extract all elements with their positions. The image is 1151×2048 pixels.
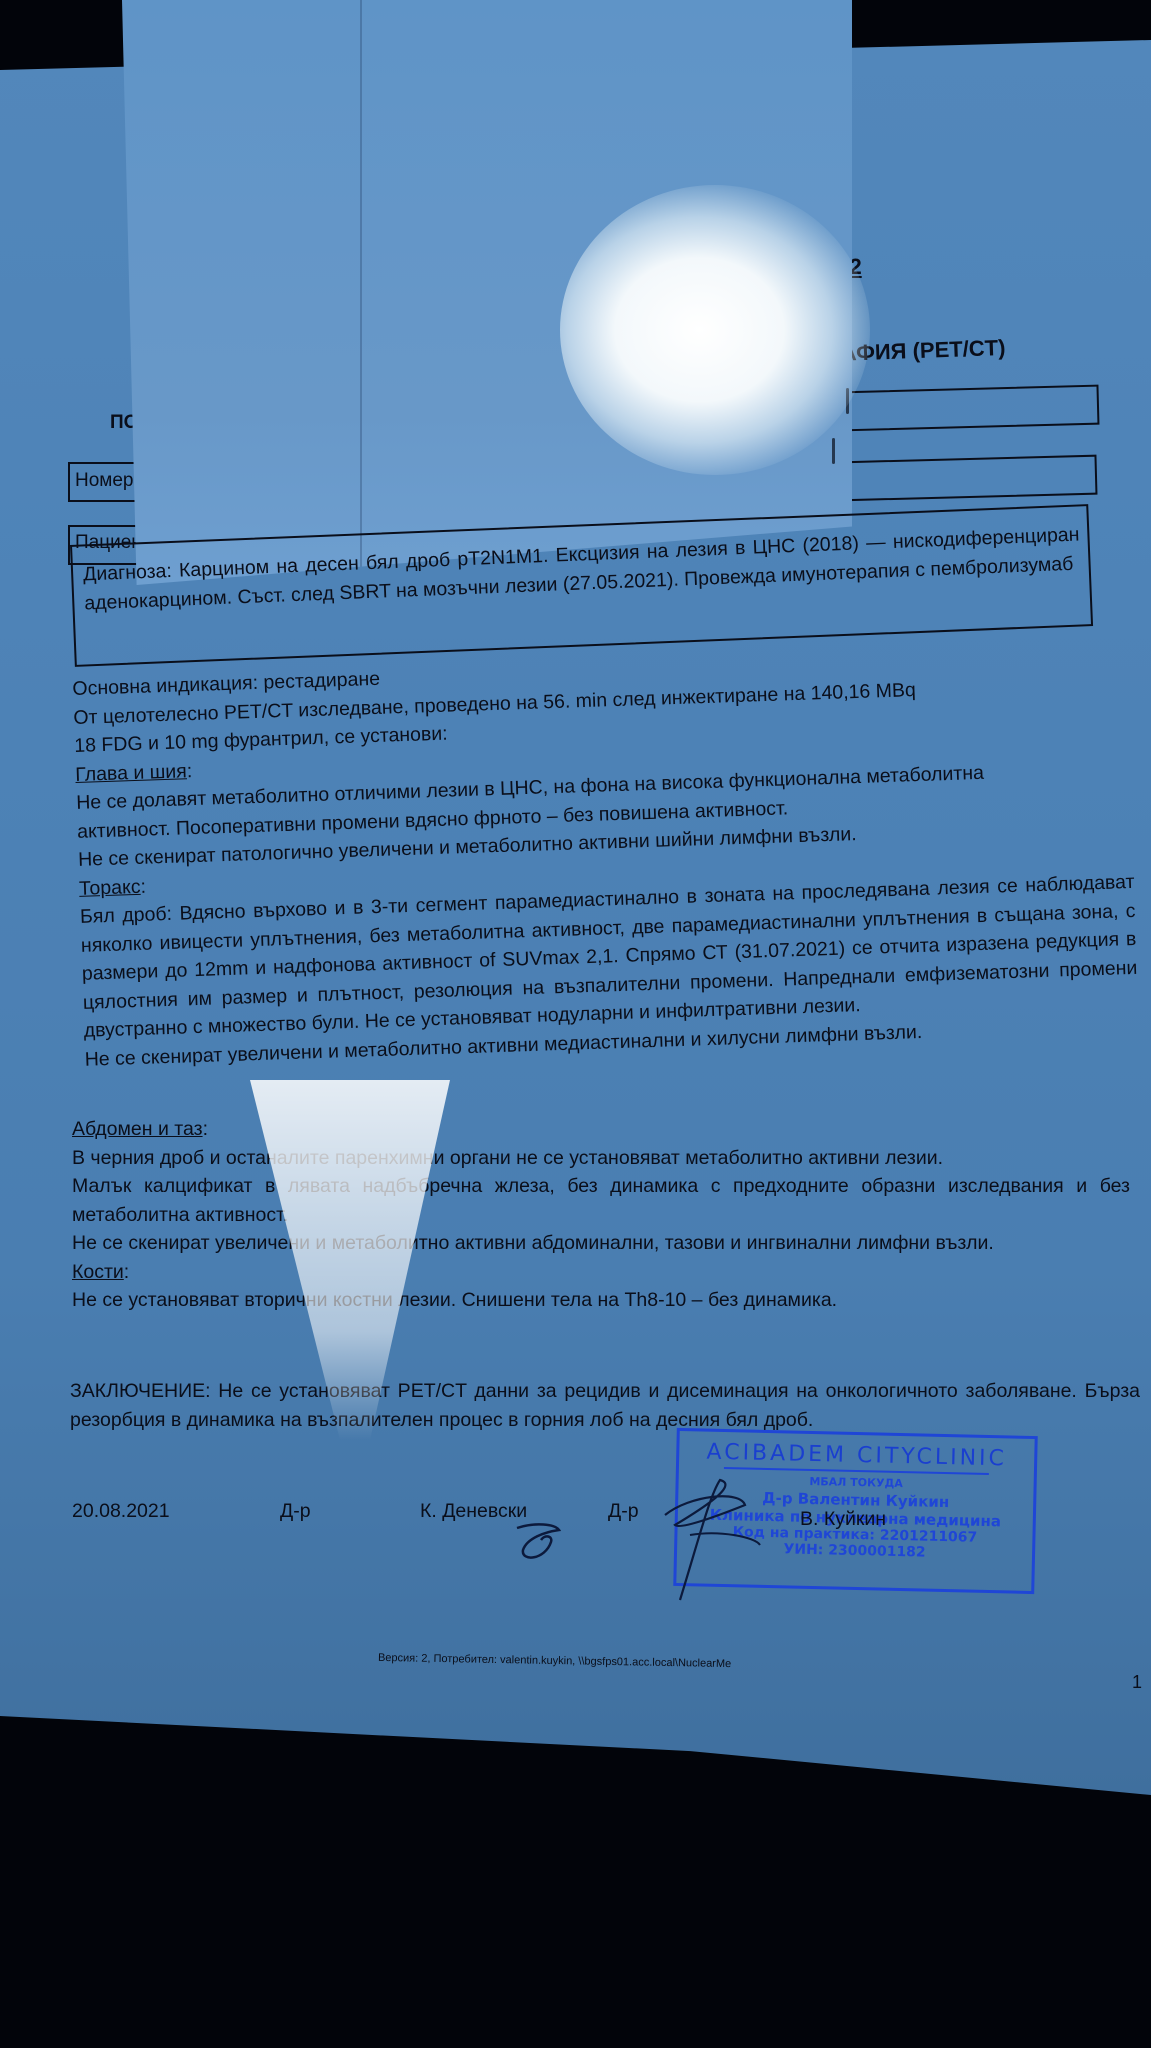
signature-icon [515, 1520, 575, 1570]
section-heading-head-neck: Глава и шия [75, 760, 187, 786]
finding-line: В черния дроб и останалите паренхимни ор… [72, 1144, 1130, 1173]
doctor1-name: К. Деневски [420, 1500, 527, 1523]
doctor2-name: В. Куйкин [800, 1508, 886, 1531]
finding-line: Не се установяват вторични костни лезии.… [72, 1286, 1130, 1315]
paper-fold-line [360, 0, 362, 575]
doctor1-prefix: Д-р [280, 1500, 311, 1523]
finding-line: Малък калцификат в лявата надбъбречна жл… [72, 1172, 1130, 1229]
findings-block: Основна индикация: рестадиране От целоте… [72, 640, 1145, 1074]
light-glare [560, 185, 870, 475]
findings-block-lower: Абдомен и таз: В черния дроб и останалит… [72, 1115, 1130, 1315]
header-field-box [840, 385, 1100, 432]
page-number: 1 [1132, 1672, 1142, 1693]
header-field-box [840, 455, 1098, 502]
finding-line: Не се скенират увеличени и метаболитно а… [72, 1229, 1130, 1258]
conclusion: ЗАКЛЮЧЕНИЕ: Не се установяват PET/CT дан… [70, 1377, 1140, 1435]
signature-icon [660, 1475, 780, 1605]
section-heading-abdomen: Абдомен и таз [72, 1118, 203, 1140]
section-heading-bones: Кости [72, 1261, 124, 1283]
report-date: 20.08.2021 [72, 1500, 170, 1523]
number-field-label: Номер / [75, 470, 144, 492]
doctor2-prefix: Д-р [608, 1500, 639, 1523]
staple-icon [832, 438, 835, 464]
section-heading-thorax: Торакс [79, 875, 141, 899]
